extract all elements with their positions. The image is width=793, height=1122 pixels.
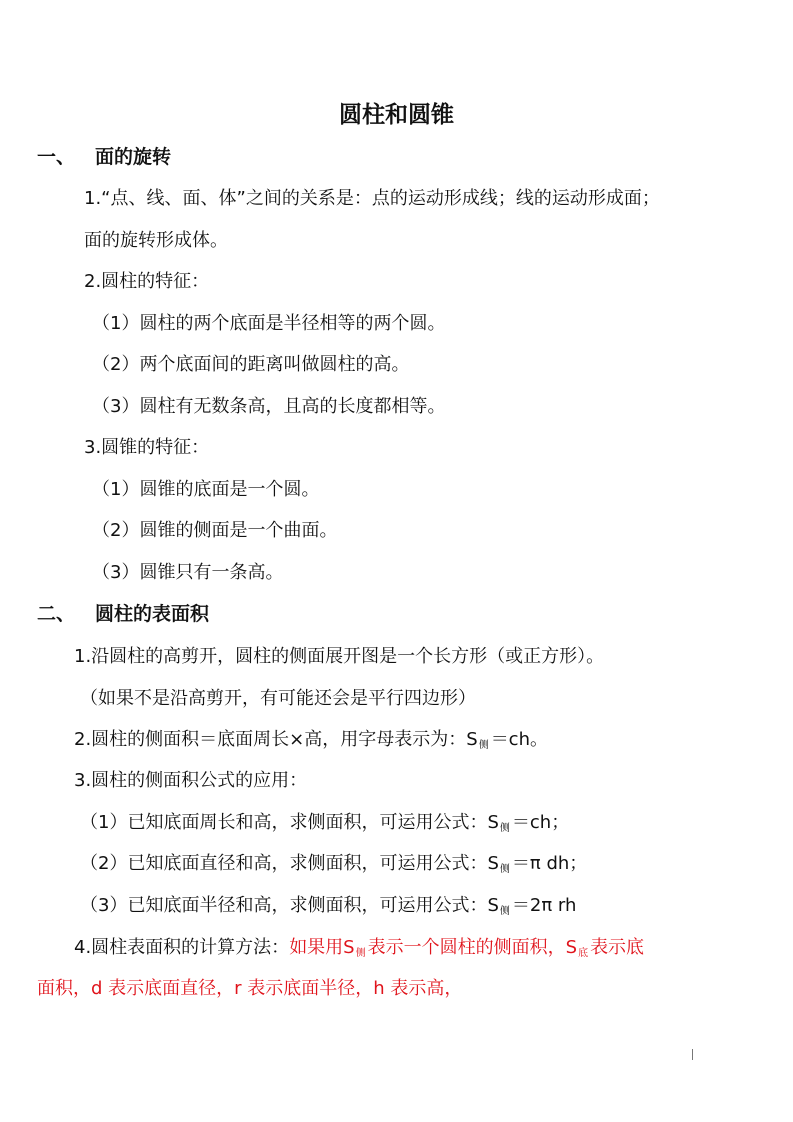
paragraph-line: 面的旋转形成体。: [84, 228, 228, 254]
paragraph-line: 1.沿圆柱的高剪开，圆柱的侧面展开图是一个长方形（或正方形）。: [74, 644, 604, 670]
formula-text: ＝π dh；: [512, 853, 587, 874]
section-title: 面的旋转: [95, 146, 171, 168]
paragraph-line: 3.圆锥的特征：: [84, 435, 209, 461]
highlight-segment: 表示底: [590, 937, 644, 958]
list-item: （3）圆锥只有一条高。: [92, 560, 283, 586]
item-label: 4.圆柱表面积的计算方法：: [74, 937, 289, 958]
formula-text: 2.圆柱的侧面积＝底面周长×高，用字母表示为：S: [74, 729, 478, 750]
section-heading-1: 一、面的旋转: [37, 143, 171, 171]
paragraph-line: 3.圆柱的侧面积公式的应用：: [74, 768, 307, 794]
formula-text: ＝ch。: [491, 729, 548, 750]
list-item: （2）圆锥的侧面是一个曲面。: [92, 518, 337, 544]
page-marker: [692, 1049, 693, 1060]
formula-text: （3）已知底面半径和高，求侧面积，可运用公式：S: [80, 895, 499, 916]
subscript: 底: [578, 948, 588, 959]
list-item: （1）圆锥的底面是一个圆。: [92, 477, 319, 503]
highlight-segment: 表示一个圆柱的侧面积，S: [368, 937, 577, 958]
highlight-line: 面积，d 表示底面直径，r 表示底面半径，h 表示高，: [37, 976, 462, 1002]
highlight-text: 如果用S侧表示一个圆柱的侧面积，S底表示底: [289, 937, 644, 958]
subscript: 侧: [500, 823, 510, 834]
subscript: 侧: [479, 740, 489, 751]
formula-text: ＝ch；: [512, 812, 569, 833]
document-title: 圆柱和圆锥: [0, 98, 793, 132]
subscript: 侧: [500, 864, 510, 875]
section-heading-2: 二、圆柱的表面积: [37, 600, 209, 628]
formula-line: （2）已知底面直径和高，求侧面积，可运用公式：S侧＝π dh；: [80, 851, 587, 883]
list-item: （1）圆柱的两个底面是半径相等的两个圆。: [92, 311, 445, 337]
section-number: 二、: [37, 600, 95, 628]
subscript: 侧: [356, 948, 366, 959]
formula-text: （1）已知底面周长和高，求侧面积，可运用公式：S: [80, 812, 499, 833]
paragraph-line: 1.“点、线、面、体”之间的关系是：点的运动形成线；线的运动形成面；: [84, 186, 660, 212]
paragraph-line: （如果不是沿高剪开，有可能还会是平行四边形）: [80, 686, 476, 712]
formula-text: （2）已知底面直径和高，求侧面积，可运用公式：S: [80, 853, 499, 874]
paragraph-line: 2.圆柱的特征：: [84, 269, 209, 295]
section-number: 一、: [37, 143, 95, 171]
list-item: （2）两个底面间的距离叫做圆柱的高。: [92, 352, 409, 378]
formula-line: （1）已知底面周长和高，求侧面积，可运用公式：S侧＝ch；: [80, 810, 569, 842]
formula-line: 4.圆柱表面积的计算方法：如果用S侧表示一个圆柱的侧面积，S底表示底: [74, 935, 644, 967]
highlight-segment: 如果用S: [289, 937, 354, 958]
formula-text: ＝2π rh: [512, 895, 577, 916]
formula-line: 2.圆柱的侧面积＝底面周长×高，用字母表示为：S侧＝ch。: [74, 727, 548, 759]
list-item: （3）圆柱有无数条高，且高的长度都相等。: [92, 394, 445, 420]
subscript: 侧: [500, 906, 510, 917]
formula-line: （3）已知底面半径和高，求侧面积，可运用公式：S侧＝2π rh: [80, 893, 576, 925]
section-title: 圆柱的表面积: [95, 603, 209, 625]
